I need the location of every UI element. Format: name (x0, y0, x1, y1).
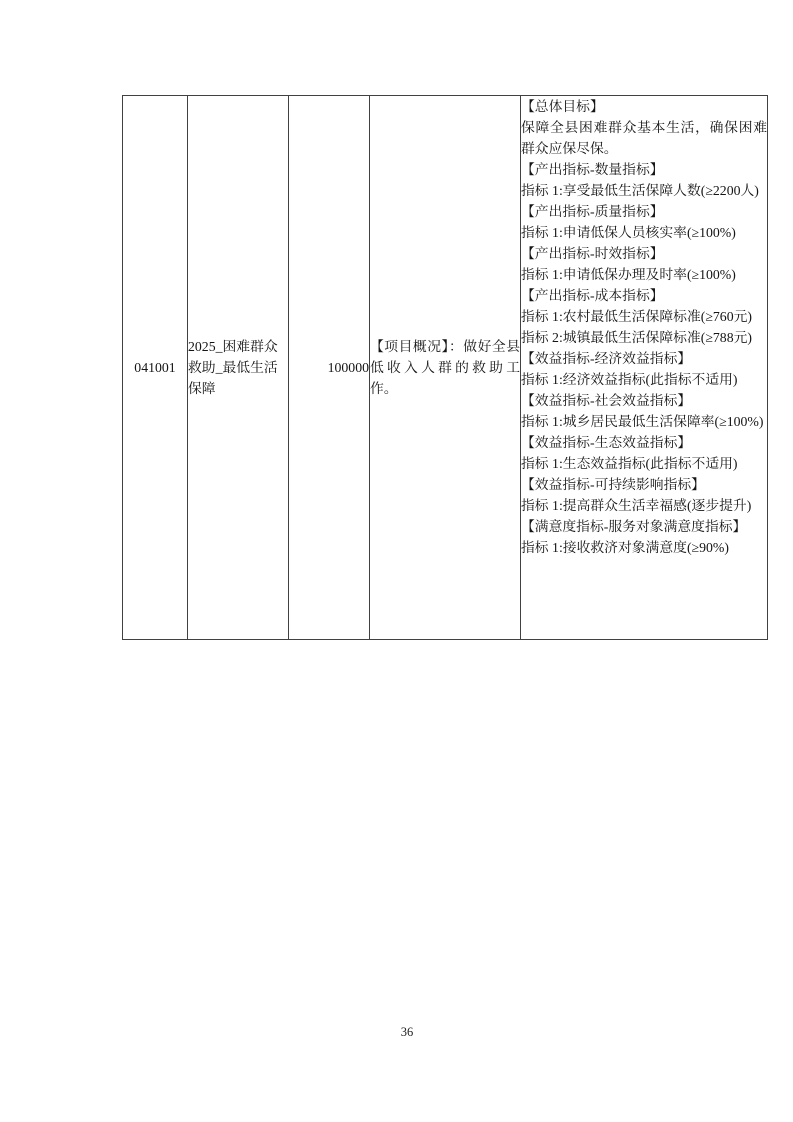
indicator-line: 【总体目标】 (521, 96, 767, 117)
indicator-line: 指标 1:申请低保人员核实率(≥100%) (521, 222, 767, 243)
indicator-line: 指标 1:经济效益指标(此指标不适用) (521, 369, 767, 390)
indicator-line: 指标 1:申请低保办理及时率(≥100%) (521, 264, 767, 285)
budget-amount-cell: 100000 (289, 96, 370, 640)
indicator-line: 指标 1:城乡居民最低生活保障率(≥100%) (521, 411, 767, 432)
indicator-line: 【效益指标-经济效益指标】 (521, 348, 767, 369)
indicator-line: 指标 1:农村最低生活保障标准(≥760元) (521, 306, 767, 327)
indicator-line: 【效益指标-可持续影响指标】 (521, 474, 767, 495)
project-code-cell: 041001 (123, 96, 188, 640)
indicator-line: 【产出指标-数量指标】 (521, 159, 767, 180)
project-overview-cell: 【项目概况】：做好全县低收入人群的救助工作。 (370, 96, 521, 640)
indicator-line: 指标 1:接收救济对象满意度(≥90%) (521, 537, 767, 558)
table-row: 041001 2025_困难群众救助_最低生活保障 100000 【项目概况】：… (123, 96, 768, 640)
indicator-line: 指标 1:提高群众生活幸福感(逐步提升) (521, 495, 767, 516)
indicator-line: 保障全县困难群众基本生活，确保困难群众应保尽保。 (521, 117, 767, 159)
indicator-line: 【产出指标-成本指标】 (521, 285, 767, 306)
performance-indicators-cell: 【总体目标】 保障全县困难群众基本生活，确保困难群众应保尽保。 【产出指标-数量… (521, 96, 768, 640)
indicator-line: 【满意度指标-服务对象满意度指标】 (521, 516, 767, 537)
indicator-line: 【产出指标-时效指标】 (521, 243, 767, 264)
project-performance-table: 041001 2025_困难群众救助_最低生活保障 100000 【项目概况】：… (122, 95, 768, 640)
page-number: 36 (21, 1025, 793, 1040)
indicator-line: 【效益指标-生态效益指标】 (521, 432, 767, 453)
indicator-line: 指标 1:生态效益指标(此指标不适用) (521, 453, 767, 474)
indicator-line: 【效益指标-社会效益指标】 (521, 390, 767, 411)
indicator-line: 【产出指标-质量指标】 (521, 201, 767, 222)
project-name-cell: 2025_困难群众救助_最低生活保障 (188, 96, 289, 640)
indicator-line: 指标 1:享受最低生活保障人数(≥2200人) (521, 180, 767, 201)
indicator-line: 指标 2:城镇最低生活保障标准(≥788元) (521, 327, 767, 348)
